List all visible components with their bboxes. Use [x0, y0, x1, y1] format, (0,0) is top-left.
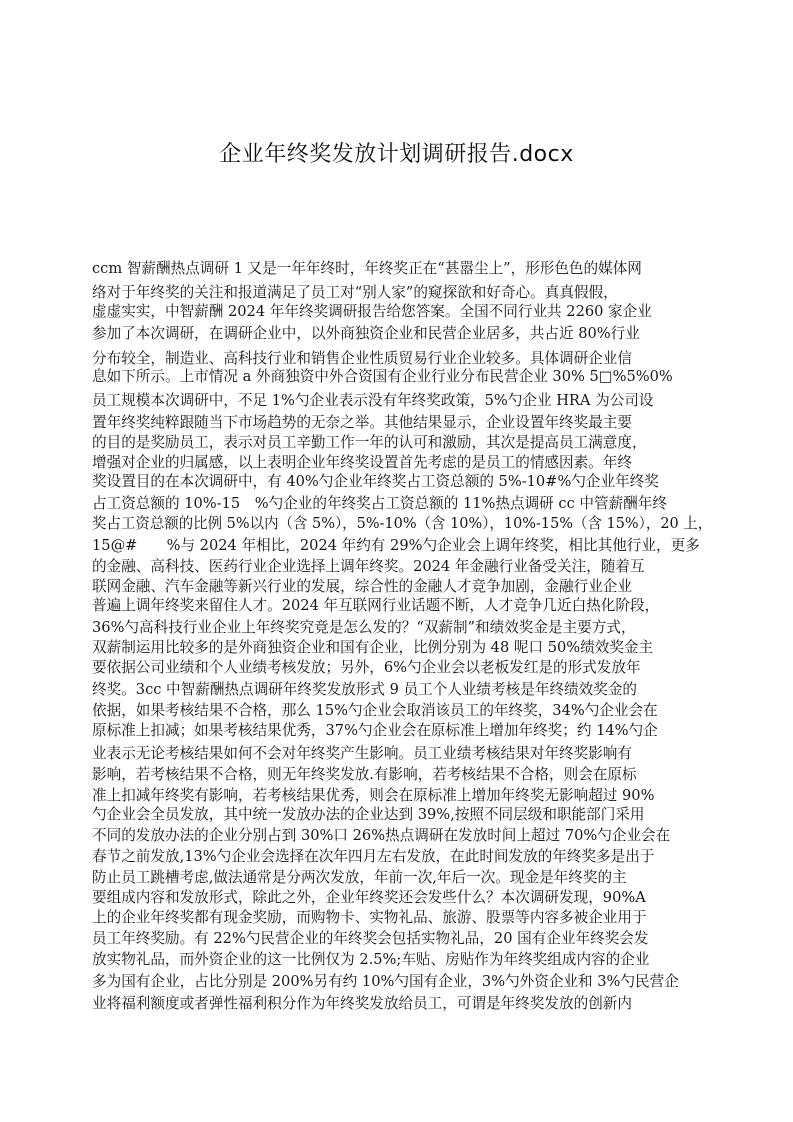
body-text-line: 要依据公司业绩和个人业绩考核发放；另外，6%勺企业会以老板发红是的形式发放年 — [92, 659, 712, 677]
body-text-line: 的金融、高科技、医药行业企业选择上调年终奖。2024 年金融行业备受关注，随着互 — [92, 558, 712, 576]
body-text-line: 春节之前发放,13%勺企业会选择在次年四月左右发放，在此时间发放的年终奖多是出于 — [92, 848, 712, 866]
body-text-line: 准上扣减年终奖有影响，若考核结果优秀，则会在原标准上增加年终奖无影响超过 90% — [92, 787, 712, 805]
body-text-line: 员工规模本次调研中，不足 1%勺企业表示没有年终奖政策，5%勺企业 HRA 为公… — [92, 392, 712, 410]
body-text-line: 奖设置目的在本次调研中，有 40%勺企业年终奖占工资总额的 5%-10#%勺企业… — [92, 473, 712, 491]
body-text-line: 15@# %与 2024 年相比，2024 年约有 29%勺企业会上调年终奖，相… — [92, 537, 712, 555]
body-text-line: 双薪制运用比较多的是外商独资企业和国有企业，比例分别为 48 呢口 50%绩效奖… — [92, 639, 712, 657]
body-text-line: 业表示无论考核结果如何不会对年终奖产生影响。员工业绩考核结果对年终奖影响有 — [92, 745, 712, 763]
body-text-line: 置年终奖纯粹跟随当下市场趋势的无奈之举。其他结果显示，企业设置年终奖最主要 — [92, 414, 712, 432]
body-text-line: 增强对企业的归属感，以上表明企业年终奖设置首先考虑的是员工的情感因素。年终 — [92, 454, 712, 472]
body-text-line: 终奖。3cc 中智薪酬热点调研年终奖发放形式 9 员工个人业绩考核是年终绩效奖金… — [92, 681, 712, 699]
body-text-line: 多为国有企业，占比分别是 200%另有约 10%勺国有企业，3%勺外资企业和 3… — [92, 973, 712, 991]
body-text-line: 奖占工资总额的比例 5%以内（含 5%），5%-10%（含 10%），10%-1… — [92, 515, 706, 533]
body-text-line: 36%勺高科技行业企业上年终奖究竟是怎么发的？“双薪制”和绩效奖金是主要方式， — [92, 619, 712, 637]
body-text-line: 依据，如果考核结果不合格，那么 15%勺企业会取消该员工的年终奖，34%勺企业会… — [92, 702, 712, 720]
body-text-line: 息如下所示。上市情况 a 外商独资中外合资国有企业行业分布民营企业 30% 5□… — [92, 368, 712, 386]
body-text-line: 的目的是奖励员工，表示对员工辛勤工作一年的认可和激励，其次是提高员工满意度， — [92, 434, 712, 452]
body-text-line: 员工年终奖励。有 22%勺民营企业的年终奖会包括实物礼品，20 国有企业年终奖会… — [92, 930, 712, 948]
body-text-line: 联网金融、汽车金融等新兴行业的发展，综合性的金融人才竞争加剧，金融行业企业 — [92, 578, 712, 596]
body-text-line: 防止员工跳槽考虑,做法通常是分两次发放，年前一次,年后一次。现金是年终奖的主 — [92, 869, 712, 887]
body-text-line: ccm 智薪酬热点调研 1 又是一年年终时，年终奖正在“甚嚣尘上”，形形色色的媒… — [92, 260, 712, 278]
body-text-line: 上的企业年终奖都有现金奖励，而购物卡、实物礼品、旅游、股票等内容多被企业用于 — [92, 909, 712, 927]
body-text-line: 业将福利额度或者弹性福利积分作为年终奖发放给员工，可谓是年终奖发放的创新内 — [92, 995, 712, 1013]
body-text-line: 要组成内容和发放形式，除此之外，企业年终奖还会发些什么？本次调研发现，90%A — [92, 889, 712, 907]
body-text-line: 原标准上扣减；如果考核结果优秀，37%勺企业会在原标准上增加年终奖；约 14%勺… — [92, 722, 712, 740]
body-text-line: 放实物礼品，而外资企业的这一比例仅为 2.5%;车贴、房贴作为年终奖组成内容的企… — [92, 951, 712, 969]
document-body: ccm 智薪酬热点调研 1 又是一年年终时，年终奖正在“甚嚣尘上”，形形色色的媒… — [0, 0, 793, 1122]
body-text-line: 勺企业会全员发放，其中统一发放办法的企业达到 39%,按照不同层级和职能部门采用 — [92, 806, 712, 824]
body-text-line: 络对于年终奖的关注和报道满足了员工对“别人家”的窥探欲和好奇心。真真假假， — [92, 284, 712, 302]
body-text-line: 参加了本次调研，在调研企业中，以外商独资企业和民营企业居多，共占近 80%行业 — [92, 325, 712, 343]
body-text-line: 占工资总额的 10%-15 %勺企业的年终奖占工资总额的 11%热点调研 cc … — [92, 495, 712, 513]
body-text-line: 不同的发放办法的企业分别占到 30%口 26%热点调研在发放时间上超过 70%勺… — [92, 827, 712, 845]
body-text-line: 影响，若考核结果不合格，则无年终奖发放.有影响，若考核结果不合格，则会在原标 — [92, 766, 712, 784]
document-page: 企业年终奖发放计划调研报告.docx ccm 智薪酬热点调研 1 又是一年年终时… — [0, 0, 793, 1122]
body-text-line: 分布较全，制造业、高科技行业和销售企业性质贸易行业企业较多。具体调研企业信 — [92, 350, 712, 368]
body-text-line: 虚虚实实，中智薪酬 2024 年年终奖调研报告给您答案。全国不同行业共 2260… — [92, 303, 712, 321]
body-text-line: 普遍上调年终奖来留住人才。2024 年互联网行业话题不断，人才竞争几近白热化阶段… — [92, 597, 712, 615]
